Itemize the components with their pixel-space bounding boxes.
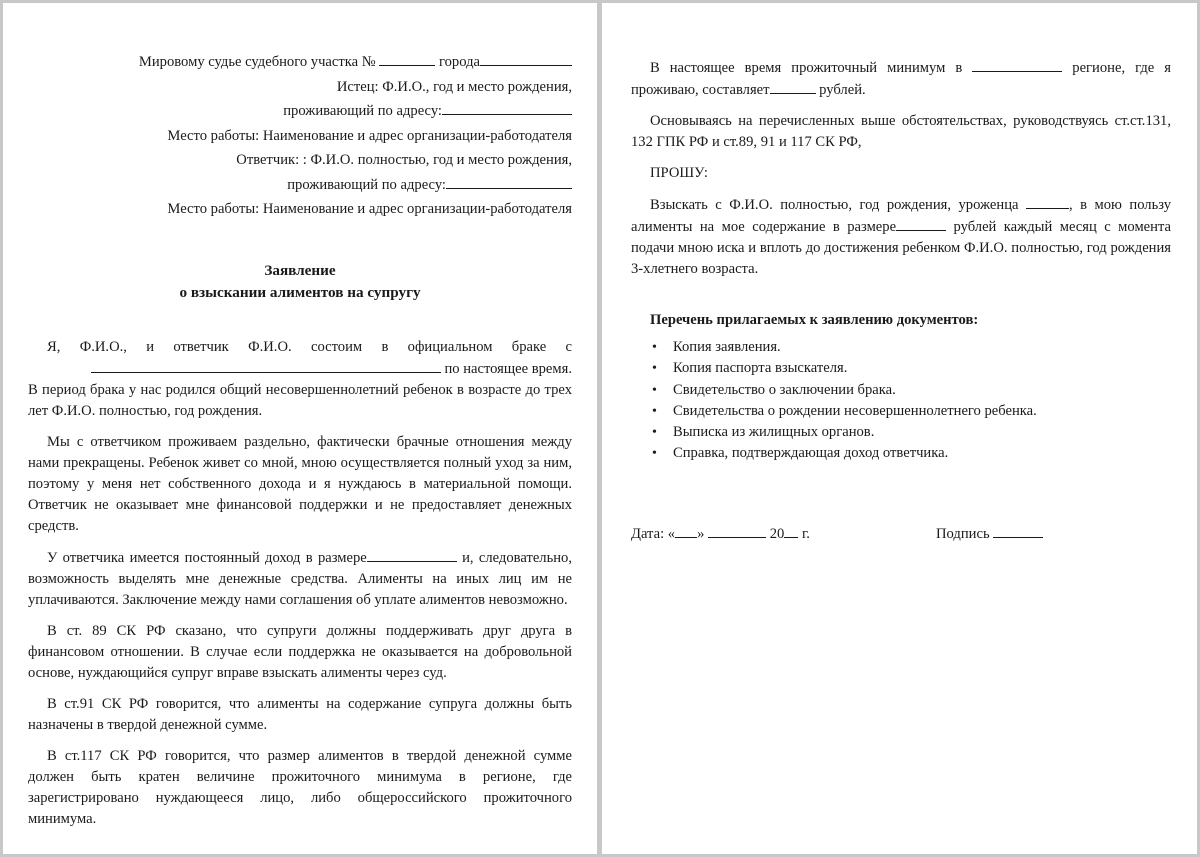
page-left-content: Мировому судье судебного участка № город… — [28, 50, 572, 840]
attachment-item: Копия паспорта взыскателя. — [631, 358, 1171, 379]
blank-field — [770, 79, 816, 94]
paragraph-marriage: Я, Ф.И.О., и ответчик Ф.И.О. состоим в о… — [28, 337, 572, 422]
defendant-address-line: проживающий по адресу: — [28, 173, 572, 198]
paragraph-article-91: В ст.91 СК РФ говорится, что алименты на… — [28, 694, 572, 736]
paragraph-article-117: В ст.117 СК РФ говорится, что размер али… — [28, 746, 572, 830]
paragraph-article-89: В ст. 89 СК РФ сказано, что супруги долж… — [28, 621, 572, 684]
plaintiff-line: Истец: Ф.И.О., год и место рождения, — [28, 75, 572, 100]
title-line-1: Заявление — [28, 260, 572, 282]
blank-field — [442, 100, 572, 115]
blank-field — [896, 216, 946, 231]
paragraph-separation: Мы с ответчиком проживаем раздельно, фак… — [28, 432, 572, 537]
blank-field — [993, 523, 1043, 538]
blank-field — [480, 51, 572, 66]
page-right-content: В настоящее время прожиточный минимум в … — [631, 57, 1171, 545]
blank-field — [379, 51, 435, 66]
blank-field — [91, 358, 441, 373]
addressee-court-line: Мировому судье судебного участка № город… — [28, 50, 572, 75]
signature-field: Подпись — [936, 523, 1043, 545]
attachments-list: Копия заявления. Копия паспорта взыскате… — [631, 337, 1171, 465]
blank-field — [1026, 194, 1069, 209]
document-page-left: Мировому судье судебного участка № город… — [3, 3, 597, 854]
blank-field — [784, 523, 798, 538]
date-field: Дата: «» 20 г. — [631, 523, 810, 545]
document-title: Заявление о взыскании алиментов на супру… — [28, 260, 572, 304]
attachment-item: Копия заявления. — [631, 337, 1171, 358]
blank-field — [446, 174, 572, 189]
defendant-workplace-line: Место работы: Наименование и адрес орган… — [28, 197, 572, 222]
blank-field — [675, 523, 697, 538]
attachment-item: Справка, подтверждающая доход ответчика. — [631, 443, 1171, 464]
paragraph-income: У ответчика имеется постоянный доход в р… — [28, 547, 572, 611]
title-line-2: о взыскании алиментов на супругу — [28, 282, 572, 304]
blank-field — [972, 57, 1062, 72]
plaintiff-address-line: проживающий по адресу: — [28, 99, 572, 124]
request-heading: ПРОШУ: — [631, 163, 1171, 184]
blank-field — [367, 547, 457, 562]
document-page-right: В настоящее время прожиточный минимум в … — [602, 3, 1197, 854]
paragraph-legal-basis: Основываясь на перечисленных выше обстоя… — [631, 111, 1171, 153]
attachments-title: Перечень прилагаемых к заявлению докумен… — [631, 310, 1171, 331]
attachment-item: Свидетельства о рождении несовершеннолет… — [631, 401, 1171, 422]
addressee-block: Мировому судье судебного участка № город… — [28, 50, 572, 222]
defendant-line: Ответчик: : Ф.И.О. полностью, год и мест… — [28, 148, 572, 173]
plaintiff-workplace-line: Место работы: Наименование и адрес орган… — [28, 124, 572, 149]
attachment-item: Свидетельство о заключении брака. — [631, 380, 1171, 401]
blank-field — [708, 523, 766, 538]
paragraph-subsistence-minimum: В настоящее время прожиточный минимум в … — [631, 57, 1171, 101]
date-signature-row: Дата: «» 20 г. Подпись — [631, 523, 1171, 545]
paragraph-request: Взыскать с Ф.И.О. полностью, год рождени… — [631, 194, 1171, 280]
attachment-item: Выписка из жилищных органов. — [631, 422, 1171, 443]
